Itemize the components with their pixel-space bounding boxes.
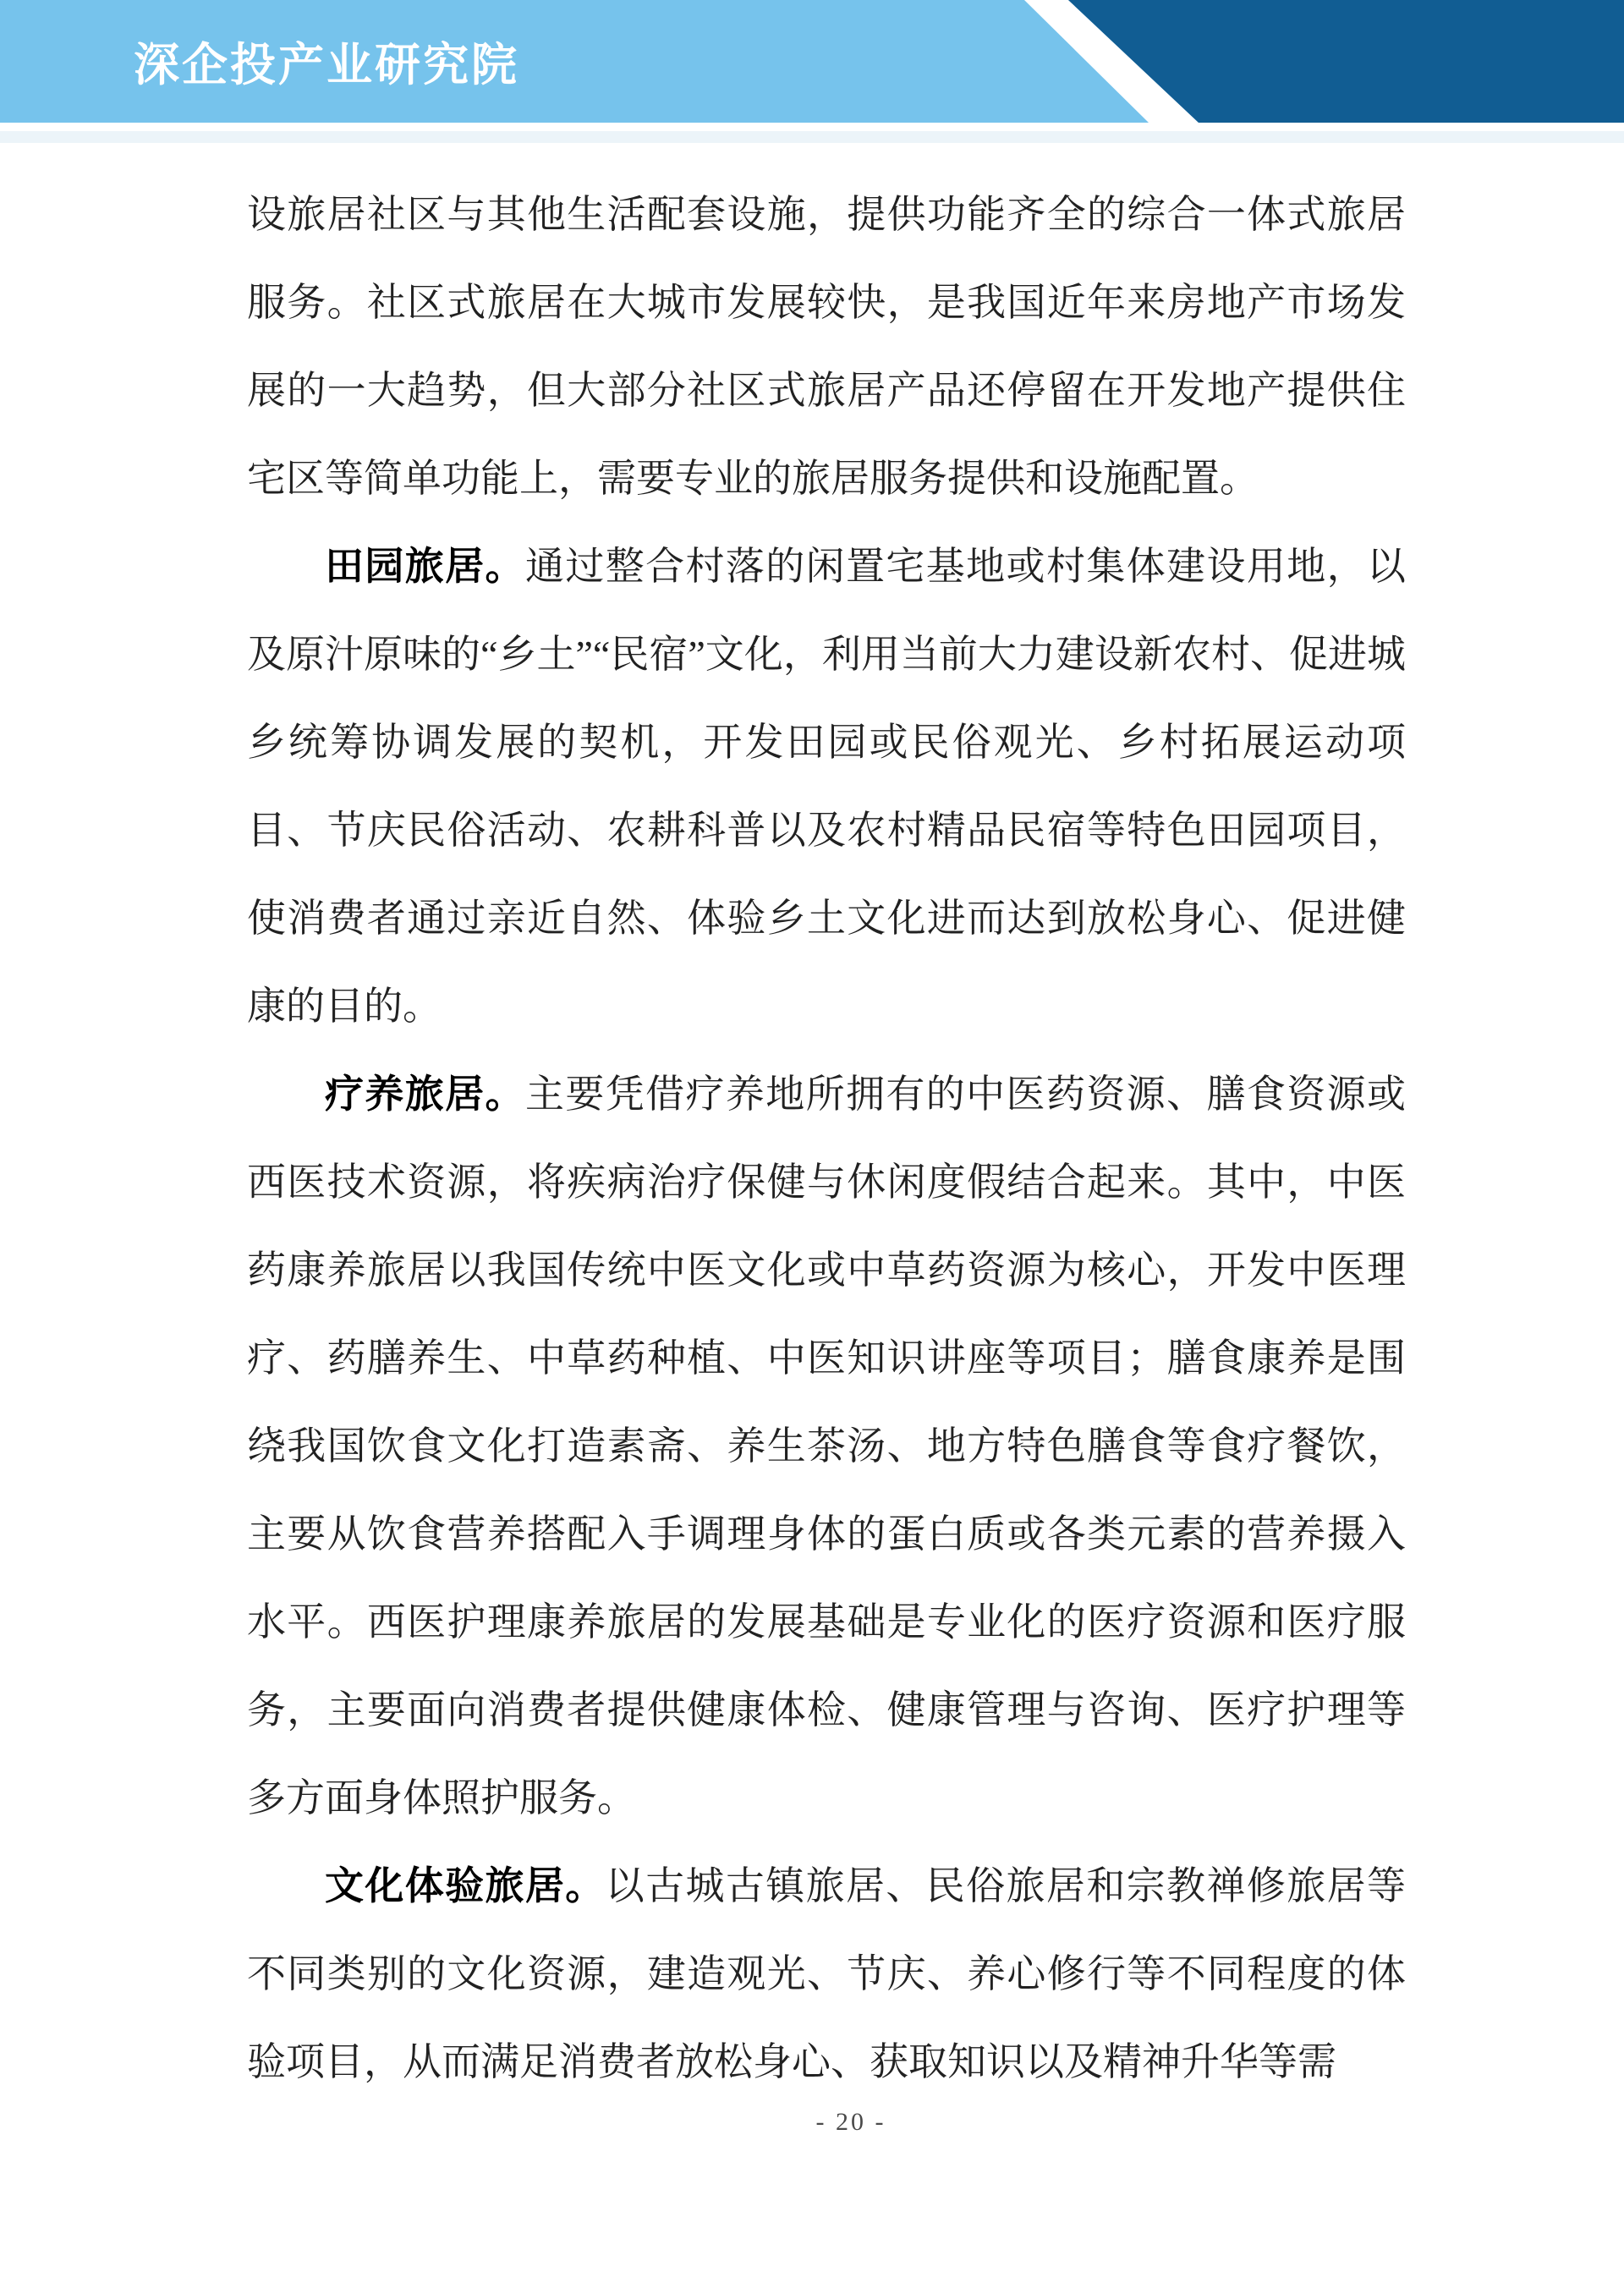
paragraph-culture-experience-living: 文化体验旅居。以古城古镇旅居、民俗旅居和宗教禅修旅居等不同类别的文化资源，建造观… <box>247 1842 1406 2106</box>
paragraph-recuperation-living: 疗养旅居。主要凭借疗养地所拥有的中医药资源、膳食资源或西医技术资源，将疾病治疗保… <box>247 1051 1406 1842</box>
document-page: { "header": { "org_name": "深企投产业研究院", "b… <box>0 0 1624 2294</box>
paragraph-lead: 文化体验旅居。 <box>325 1864 606 1907</box>
page-number: - 20 - <box>816 2108 886 2137</box>
header-shadow-line <box>0 131 1624 143</box>
document-text: 设旅居社区与其他生活配套设施，提供功能齐全的综合一体式旅居服务。社区式旅居在大城… <box>247 171 1406 2106</box>
paragraph-text: 主要凭借疗养地所拥有的中医药资源、膳食资源或西医技术资源，将疾病治疗保健与休闲度… <box>247 1073 1406 1819</box>
paragraph-text: 设旅居社区与其他生活配套设施，提供功能齐全的综合一体式旅居服务。社区式旅居在大城… <box>247 193 1406 500</box>
paragraph-lead: 疗养旅居。 <box>325 1073 525 1116</box>
paragraph-text: 通过整合村落的闲置宅基地或村集体建设用地，以及原汁原味的“乡土”“民宿”文化，利… <box>247 545 1406 1028</box>
paragraph-community-continuation: 设旅居社区与其他生活配套设施，提供功能齐全的综合一体式旅居服务。社区式旅居在大城… <box>247 171 1406 523</box>
org-title: 深企投产业研究院 <box>134 0 519 123</box>
header-band: 深企投产业研究院 <box>0 0 1624 123</box>
paragraph-lead: 田园旅居。 <box>325 545 525 588</box>
paragraph-rural-living: 田园旅居。通过整合村落的闲置宅基地或村集体建设用地，以及原汁原味的“乡土”“民宿… <box>247 523 1406 1051</box>
